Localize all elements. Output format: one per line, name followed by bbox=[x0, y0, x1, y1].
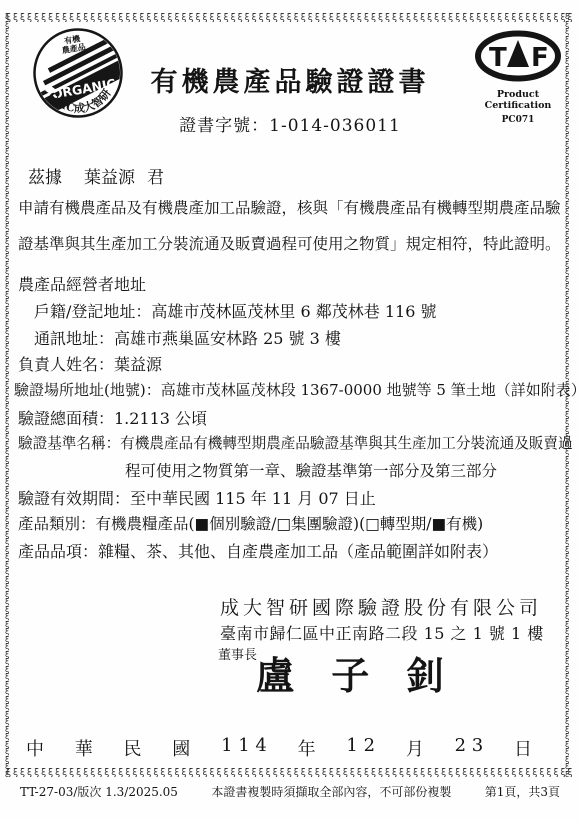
holder-name: 葉益源 bbox=[84, 168, 135, 188]
statement-line-1: 申請有機農產品及有機農產加工品驗證，核與「有機農產品有機轉型期農產品驗 bbox=[18, 196, 561, 218]
signer-title: 董事長 bbox=[218, 644, 257, 663]
field-total-area: 驗證總面積：1.2113 公頃 bbox=[18, 406, 207, 429]
footer-copy-notice: 本證書複製時須擷取全部內容，不可部份複製 bbox=[211, 783, 451, 800]
certificate-page: ξξξξξξξξξξξξξξξξξξξξξξξξξξξξξξξξξξξξξξξξ… bbox=[0, 0, 580, 821]
date-part-year: 1 1 4 bbox=[221, 735, 267, 761]
honorific: 君 bbox=[147, 168, 164, 188]
field-mailing-address: 通訊地址：高雄市燕巢區安林路 25 號 3 樓 bbox=[34, 326, 341, 349]
statement-line-2: 證基準與其生產加工分裝流通及販賣過程可使用之物質」規定相符，特此證明。 bbox=[18, 232, 561, 254]
certificate-number: 證書字號：1-014-036011 bbox=[0, 111, 580, 136]
date-part: 月 bbox=[406, 735, 424, 761]
field-standard-name-line-2: 程可使用之物質第一章、驗證基準第一部分及第三部分 bbox=[125, 459, 497, 481]
field-operator-address-header: 農產品經營者地址 bbox=[18, 272, 146, 295]
date-part: 國 bbox=[172, 735, 190, 761]
date-part: 華 bbox=[75, 735, 93, 761]
issuer-company-address: 臺南市歸仁區中正南路二段 15 之 1 號 1 樓 bbox=[220, 621, 544, 644]
field-responsible-person: 負責人姓名：葉益源 bbox=[18, 352, 162, 375]
date-part: 日 bbox=[514, 735, 532, 761]
date-part: 民 bbox=[124, 735, 142, 761]
page-title: 有機農產品驗證證書 bbox=[0, 60, 580, 99]
field-registered-address: 戶籍/登記地址：高雄市茂林區茂林里 6 鄰茂林巷 116 號 bbox=[34, 299, 436, 322]
field-validity-period: 驗證有效期間：至中華民國 115 年 11 月 07 日止 bbox=[18, 486, 376, 509]
issuer-company-name: 成大智研國際驗證股份有限公司 bbox=[220, 593, 542, 620]
footer-doc-code: TT-27-03/版次 1.3/2025.05 bbox=[20, 783, 178, 800]
date-part: 年 bbox=[298, 735, 316, 761]
issued-to-line: 茲據葉益源君 bbox=[28, 163, 164, 188]
footer-page-info: 第1頁，共3頁 bbox=[485, 783, 560, 800]
issued-prefix: 茲據 bbox=[28, 168, 62, 188]
field-product-category: 產品類別：有機農糧產品(■個別驗證/□集團驗證)(□轉型期/■有機) bbox=[18, 512, 483, 534]
date-part: 中 bbox=[26, 735, 44, 761]
page-footer: TT-27-03/版次 1.3/2025.05 本證書複製時須擷取全部內容，不可… bbox=[20, 783, 560, 800]
field-standard-name-line-1: 驗證基準名稱：有機農產品有機轉型期農產品驗證基準與其生產加工分裝流通及販賣過 bbox=[18, 432, 573, 453]
date-part-day: 2 3 bbox=[455, 735, 484, 761]
signature: 盧 子 釗 bbox=[256, 645, 446, 700]
date-line: 中 華 民 國 1 1 4 年 1 2 月 2 3 日 bbox=[26, 735, 532, 761]
field-site-address: 驗證場所地址(地號)：高雄市茂林區茂林段 1367-0000 地號等 5 筆土地… bbox=[14, 379, 580, 400]
date-part-month: 1 2 bbox=[346, 735, 375, 761]
field-product-items: 產品品項：雜糧、茶、其他、自產農產加工品（產品範圍詳如附表） bbox=[18, 539, 498, 562]
ornament-border-top: ξξξξξξξξξξξξξξξξξξξξξξξξξξξξξξξξξξξξξξξξ… bbox=[6, 13, 572, 24]
ornament-border-bottom: ξξξξξξξξξξξξξξξξξξξξξξξξξξξξξξξξξξξξξξξξ… bbox=[6, 768, 572, 779]
